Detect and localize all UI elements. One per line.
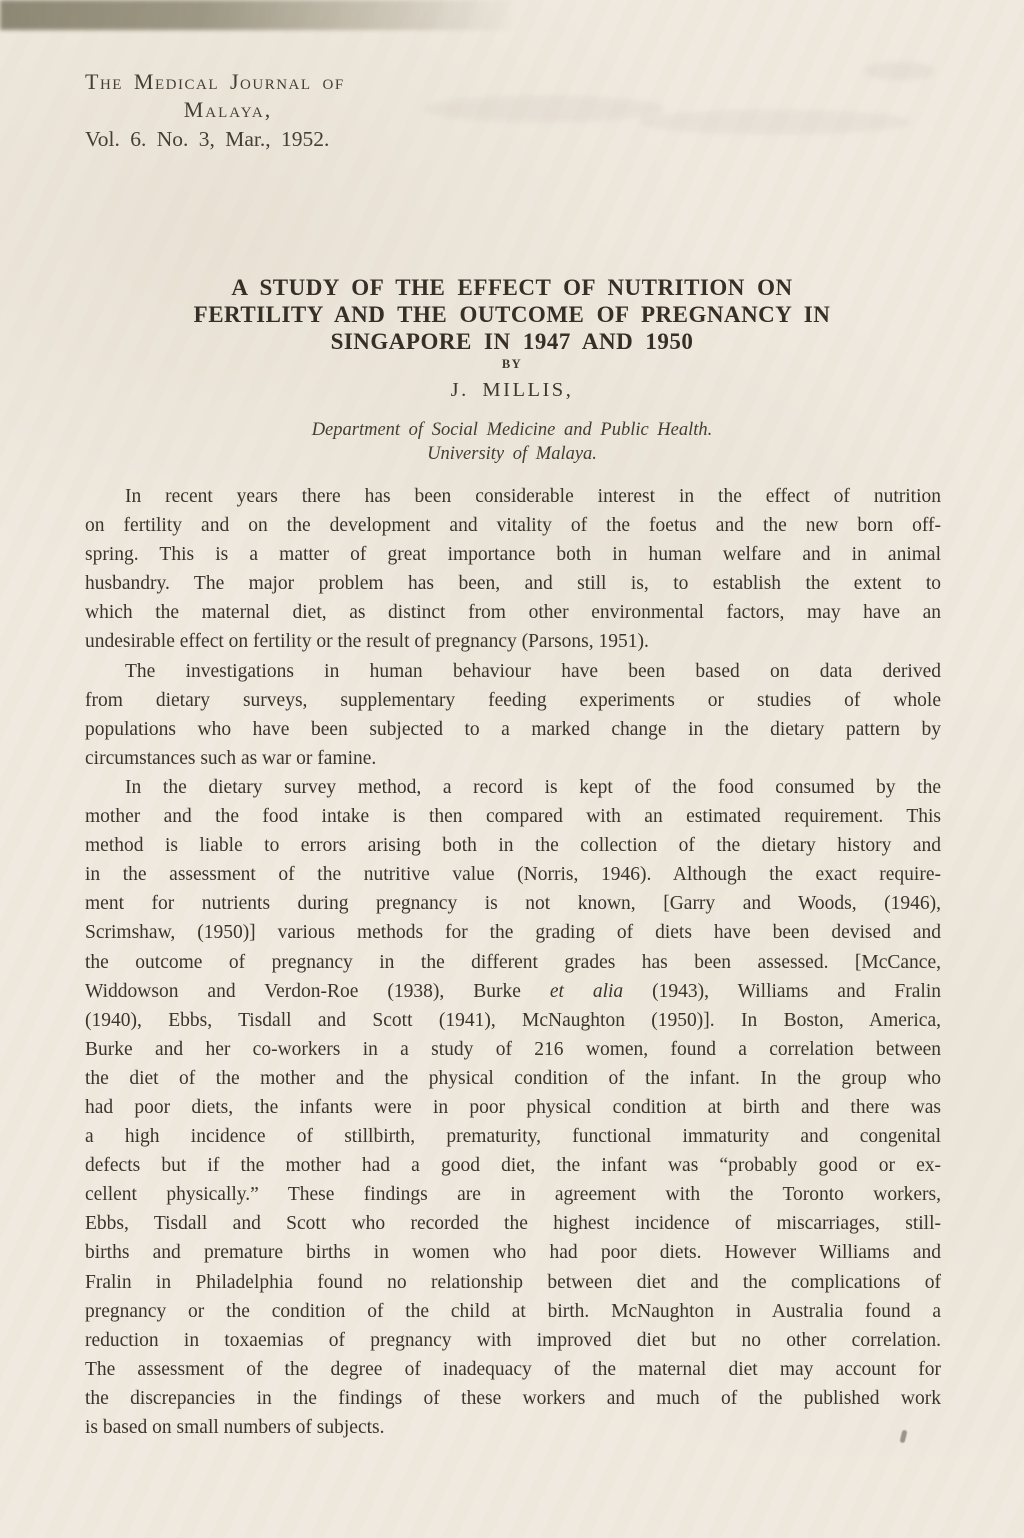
body-text-line: the discrepancies in the findings of the…	[85, 1384, 941, 1413]
text-segment: pregnancy or the condition of the child …	[85, 1301, 941, 1322]
body-text-line: births and premature births in women who…	[85, 1238, 941, 1267]
body-text-line: is based on small numbers of subjects.	[85, 1413, 941, 1442]
body-text-line: mother and the food intake is then compa…	[85, 802, 941, 831]
text-segment: Burke and her co-workers in a study of 2…	[85, 1039, 941, 1060]
body-text-line: on fertility and on the development and …	[85, 511, 941, 540]
paragraph-1: In recent years there has been considera…	[85, 482, 941, 657]
body-text-line: husbandry. The major problem has been, a…	[85, 569, 941, 598]
text-segment: method is liable to errors arising both …	[85, 835, 941, 856]
text-segment: (1940), Ebbs, Tisdall and Scott (1941), …	[85, 1010, 941, 1031]
body-text-line: had poor diets, the infants were in poor…	[85, 1093, 941, 1122]
article-title-line1: A STUDY OF THE EFFECT OF NUTRITION ON	[0, 274, 1024, 301]
journal-name-line1: The Medical Journal of	[85, 68, 371, 96]
body-text-line: the outcome of pregnancy in the differen…	[85, 948, 941, 977]
text-segment: reduction in toxaemias of pregnancy with…	[85, 1330, 941, 1351]
body-text-line: Scrimshaw, (1950)] various methods for t…	[85, 918, 941, 947]
text-segment: ment for nutrients during pregnancy is n…	[85, 893, 941, 914]
scan-smudge	[865, 62, 935, 80]
text-segment: (1943), Williams and Fralin	[623, 981, 941, 1002]
text-segment: which the maternal diet, as distinct fro…	[85, 602, 941, 623]
body-text-line: spring. This is a matter of great import…	[85, 540, 941, 569]
byline-label: BY	[0, 357, 1024, 372]
body-text-line: Widdowson and Verdon-Roe (1938), Burke e…	[85, 977, 941, 1006]
text-segment: spring. This is a matter of great import…	[85, 544, 941, 565]
text-segment: The investigations in human behaviour ha…	[125, 661, 941, 682]
body-text-line: pregnancy or the condition of the child …	[85, 1297, 941, 1326]
body-text-line: ment for nutrients during pregnancy is n…	[85, 889, 941, 918]
journal-masthead: The Medical Journal of Malaya, Vol. 6. N…	[85, 68, 371, 155]
body-text-line: Ebbs, Tisdall and Scott who recorded the…	[85, 1209, 941, 1238]
article-title-line3: SINGAPORE IN 1947 AND 1950	[0, 328, 1024, 355]
text-segment: populations who have been subjected to a…	[85, 719, 941, 740]
document-page: The Medical Journal of Malaya, Vol. 6. N…	[0, 0, 1024, 1538]
scan-smudge	[640, 110, 910, 134]
article-title-line2: FERTILITY AND THE OUTCOME OF PREGNANCY I…	[0, 301, 1024, 328]
paragraph-3: In the dietary survey method, a record i…	[85, 773, 941, 1442]
body-text-line: in the assessment of the nutritive value…	[85, 860, 941, 889]
body-text-line: In recent years there has been considera…	[85, 482, 941, 511]
text-segment: cellent physically.” These findings are …	[85, 1184, 941, 1205]
text-segment: the outcome of pregnancy in the differen…	[85, 952, 941, 973]
body-text-line: method is liable to errors arising both …	[85, 831, 941, 860]
text-segment: Fralin in Philadelphia found no relation…	[85, 1272, 941, 1293]
text-segment: In the dietary survey method, a record i…	[125, 777, 941, 798]
body-text-line: The investigations in human behaviour ha…	[85, 657, 941, 686]
text-segment: undesirable effect on fertility or the r…	[85, 631, 649, 652]
body-text-line: reduction in toxaemias of pregnancy with…	[85, 1326, 941, 1355]
body-text-line: (1940), Ebbs, Tisdall and Scott (1941), …	[85, 1006, 941, 1035]
text-segment: defects but if the mother had a good die…	[85, 1155, 941, 1176]
body-text-line: The assessment of the degree of inadequa…	[85, 1355, 941, 1384]
body-text-line: Burke and her co-workers in a study of 2…	[85, 1035, 941, 1064]
text-segment: had poor diets, the infants were in poor…	[85, 1097, 941, 1118]
body-text-line: undesirable effect on fertility or the r…	[85, 627, 941, 656]
text-segment: in the assessment of the nutritive value…	[85, 864, 941, 885]
author-affiliation-university: University of Malaya.	[0, 444, 1024, 465]
author-name: J. MILLIS,	[0, 379, 1024, 402]
text-segment: mother and the food intake is then compa…	[85, 806, 941, 827]
text-segment: births and premature births in women who…	[85, 1242, 941, 1263]
body-text-line: circumstances such as war or famine.	[85, 744, 941, 773]
text-segment: In recent years there has been considera…	[125, 486, 941, 507]
body-text-line: defects but if the mother had a good die…	[85, 1151, 941, 1180]
body-text-line: which the maternal diet, as distinct fro…	[85, 598, 941, 627]
text-segment: from dietary surveys, supplementary feed…	[85, 690, 941, 711]
scan-edge-shadow	[0, 0, 518, 30]
text-segment: circumstances such as war or famine.	[85, 748, 376, 769]
text-segment: husbandry. The major problem has been, a…	[85, 573, 941, 594]
text-segment: the discrepancies in the findings of the…	[85, 1388, 941, 1409]
scan-smudge	[425, 96, 665, 122]
text-segment: is based on small numbers of subjects.	[85, 1417, 385, 1438]
paragraph-2: The investigations in human behaviour ha…	[85, 657, 941, 773]
text-segment: Widdowson and Verdon-Roe (1938), Burke	[85, 981, 550, 1002]
body-text-line: populations who have been subjected to a…	[85, 715, 941, 744]
text-segment: Ebbs, Tisdall and Scott who recorded the…	[85, 1213, 941, 1234]
text-segment: Scrimshaw, (1950)] various methods for t…	[85, 922, 941, 943]
article-title: A STUDY OF THE EFFECT OF NUTRITION ON FE…	[0, 274, 1024, 355]
italic-phrase: et alia	[550, 981, 623, 1002]
body-text-line: the diet of the mother and the physical …	[85, 1064, 941, 1093]
author-affiliation-department: Department of Social Medicine and Public…	[0, 420, 1024, 441]
body-text-line: Fralin in Philadelphia found no relation…	[85, 1268, 941, 1297]
text-segment: The assessment of the degree of inadequa…	[85, 1359, 941, 1380]
article-body: In recent years there has been considera…	[85, 482, 941, 1442]
body-text-line: from dietary surveys, supplementary feed…	[85, 686, 941, 715]
body-text-line: cellent physically.” These findings are …	[85, 1180, 941, 1209]
body-text-line: In the dietary survey method, a record i…	[85, 773, 941, 802]
text-segment: the diet of the mother and the physical …	[85, 1068, 941, 1089]
text-segment: a high incidence of stillbirth, prematur…	[85, 1126, 941, 1147]
journal-volume-issue: Vol. 6. No. 3, Mar., 1952.	[85, 124, 371, 155]
text-segment: on fertility and on the development and …	[85, 515, 941, 536]
journal-name-line2: Malaya,	[85, 96, 371, 124]
body-text-line: a high incidence of stillbirth, prematur…	[85, 1122, 941, 1151]
